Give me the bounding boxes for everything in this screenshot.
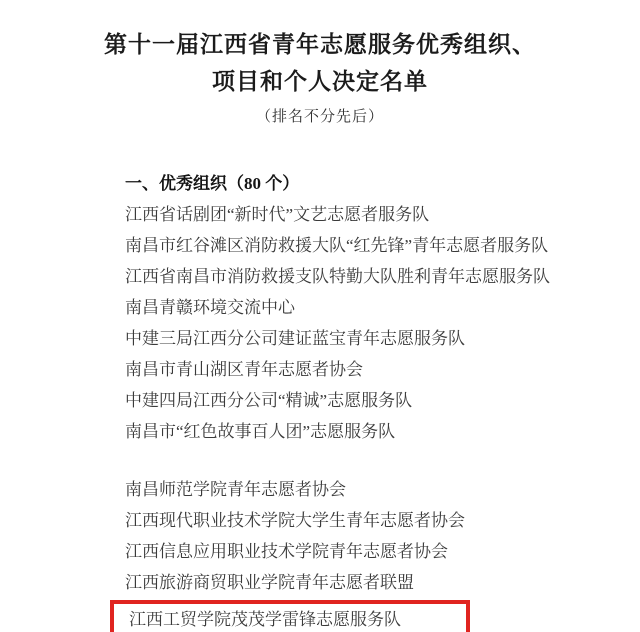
list-item: 江西省南昌市消防救援支队特勤大队胜利青年志愿服务队 bbox=[125, 261, 604, 292]
document-body: 一、优秀组织（80 个） 江西省话剧团“新时代”文艺志愿者服务队 南昌市红谷滩区… bbox=[125, 168, 604, 632]
section-heading-excellent-organizations: 一、优秀组织（80 个） bbox=[125, 168, 604, 199]
list-item: 江西省话剧团“新时代”文艺志愿者服务队 bbox=[125, 199, 604, 230]
list-item: 中建三局江西分公司建证蓝宝青年志愿服务队 bbox=[125, 323, 604, 354]
document-title-line1: 第十一届江西省青年志愿服务优秀组织、 bbox=[0, 26, 640, 63]
list-item: 南昌市红谷滩区消防救援大队“红先锋”青年志愿者服务队 bbox=[125, 230, 604, 261]
highlighted-list-item: 江西工贸学院茂茂学雷锋志愿服务队 bbox=[129, 604, 466, 632]
organization-list-block1: 江西省话剧团“新时代”文艺志愿者服务队 南昌市红谷滩区消防救援大队“红先锋”青年… bbox=[125, 199, 604, 447]
document-subtitle: （排名不分先后） bbox=[0, 107, 640, 127]
list-item: 江西旅游商贸职业学院青年志愿者联盟 bbox=[125, 567, 604, 598]
document-header: 第十一届江西省青年志愿服务优秀组织、 项目和个人决定名单 （排名不分先后） bbox=[0, 0, 640, 127]
list-item: 南昌市青山湖区青年志愿者协会 bbox=[125, 354, 604, 385]
document-title-line2: 项目和个人决定名单 bbox=[0, 63, 640, 100]
list-item: 南昌市“红色故事百人团”志愿服务队 bbox=[125, 416, 604, 447]
list-item: 中建四局江西分公司“精诚”志愿服务队 bbox=[125, 385, 604, 416]
red-highlight-box: 江西工贸学院茂茂学雷锋志愿服务队 bbox=[110, 600, 470, 632]
list-item: 南昌青赣环境交流中心 bbox=[125, 292, 604, 323]
list-item: 南昌师范学院青年志愿者协会 bbox=[125, 474, 604, 505]
list-item: 江西信息应用职业技术学院青年志愿者协会 bbox=[125, 536, 604, 567]
document-page: 第十一届江西省青年志愿服务优秀组织、 项目和个人决定名单 （排名不分先后） 一、… bbox=[0, 0, 640, 632]
organization-list-block2: 南昌师范学院青年志愿者协会 江西现代职业技术学院大学生青年志愿者协会 江西信息应… bbox=[125, 474, 604, 598]
document-title: 第十一届江西省青年志愿服务优秀组织、 项目和个人决定名单 bbox=[0, 26, 640, 100]
list-item: 江西现代职业技术学院大学生青年志愿者协会 bbox=[125, 505, 604, 536]
